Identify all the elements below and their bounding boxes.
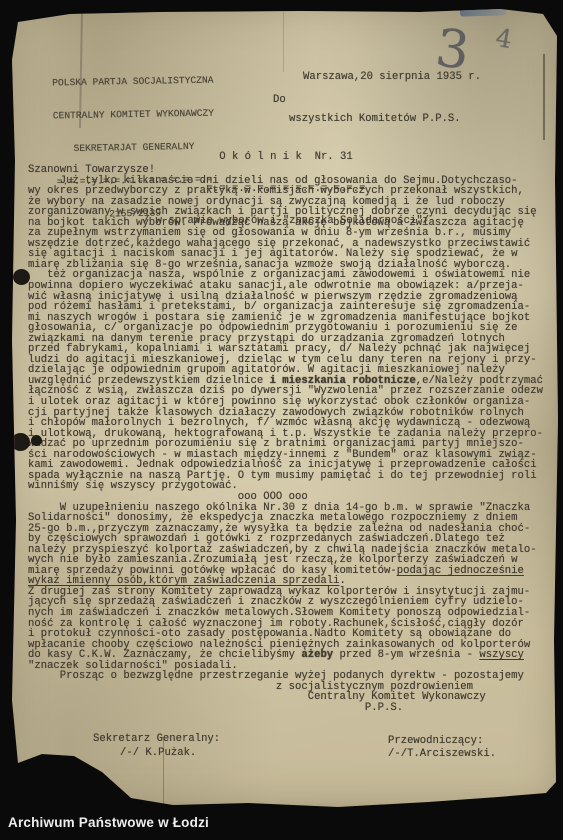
blue-pencil-smudge-small [548,10,558,16]
ink-blot [13,269,30,285]
signature-left-title: Sekretarz Generalny: [93,733,220,745]
paper-crease [283,12,284,72]
archival-scan-page: { "letterhead": { "line1": "POLSKA PARTJ… [0,0,563,840]
paper-crease [543,54,545,140]
archive-watermark: Archiwum Państwowe w Łodzi [8,815,209,830]
document-paper: POLSKA PARTJA SOCJALISTYCZNA CENTRALNY K… [0,0,563,810]
paper-crease [163,738,164,804]
blue-pencil-smudge [460,7,506,16]
handwritten-page-number-5: 5 [69,759,91,796]
ink-blot [11,433,30,451]
signature-left-name: /-/ K.Pużak. [120,747,196,759]
document-line: P.P.S. [28,703,563,714]
signature-right-name: /-/T.Arciszewski. [388,748,496,760]
signature-right-title: Przewodniczący: [388,735,483,747]
handwritten-mark-4: 4 [494,23,515,54]
document-body: Szanowni Towarzysze! Już tylko kilkanaśc… [28,165,563,724]
document-line [28,713,563,724]
circular-title: O k ó l n i k Nr. 31 [140,152,432,163]
addressee-to: Do [273,94,286,106]
addressee-name: wszystkich Komitetów P.P.S. [289,113,461,125]
letterhead-committee: CENTRALNY KOMITET WYKONAWCZY [35,107,231,121]
letterhead-org: POLSKA PARTJA SOCJALISTYCZNA [35,74,231,88]
ink-blot [31,435,42,446]
